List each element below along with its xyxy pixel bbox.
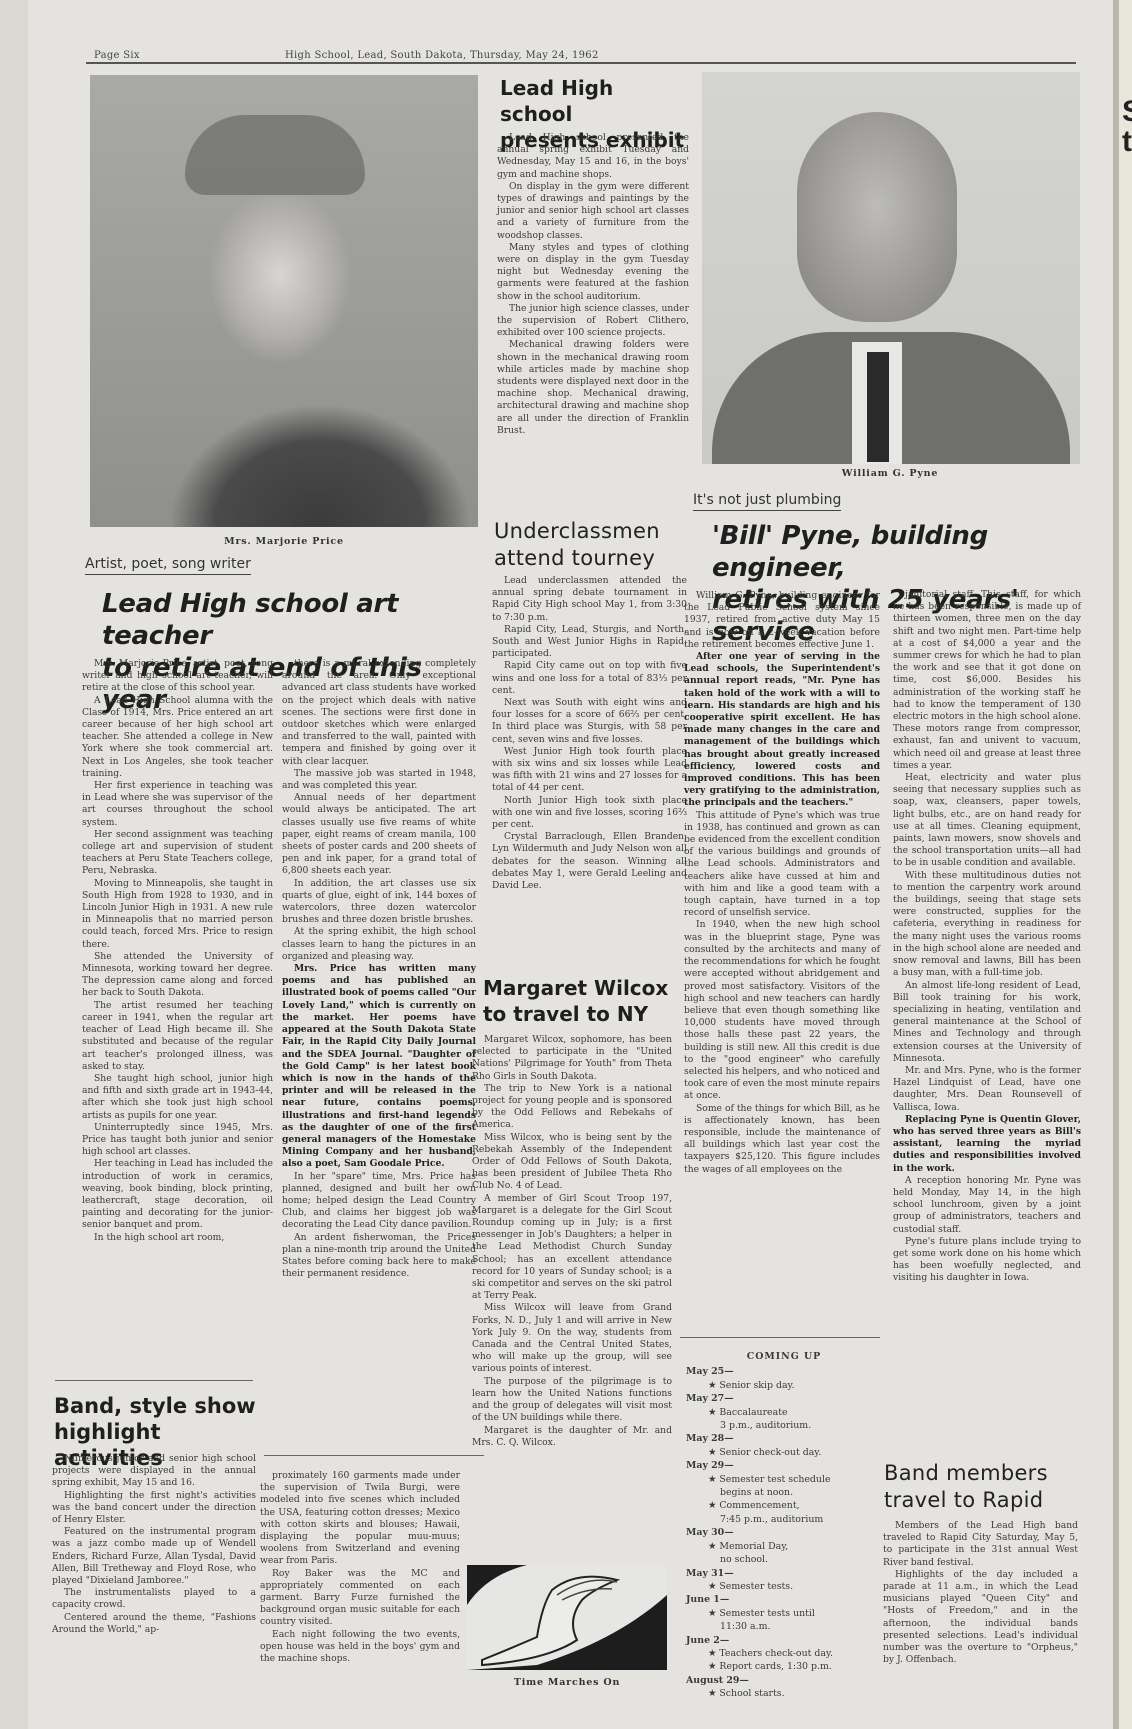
calendar-event: begins at noon. bbox=[686, 1486, 882, 1499]
calendar-date: August 29— bbox=[686, 1674, 882, 1687]
calendar-event: ★ School starts. bbox=[686, 1687, 882, 1700]
paragraph: Next was South with eight wins and four … bbox=[492, 697, 687, 746]
paragraph: The purpose of the pilgrimage is to lear… bbox=[472, 1376, 672, 1425]
divider bbox=[55, 1380, 253, 1381]
calendar-event: 3 p.m., auditorium. bbox=[686, 1419, 882, 1432]
paragraph: After one year of serving in the Lead sc… bbox=[684, 651, 880, 810]
paragraph: Pyne's future plans include trying to ge… bbox=[893, 1236, 1081, 1285]
paragraph: She attended the University of Minnesota… bbox=[82, 951, 273, 1000]
article-body-pyne-col1: William G. Pyne, building engineer for t… bbox=[684, 590, 880, 1176]
calendar-date: May 28— bbox=[686, 1432, 882, 1445]
paragraph: Mechanical drawing folders were shown in… bbox=[497, 339, 689, 437]
paragraph: With these multitudinous duties not to m… bbox=[893, 870, 1081, 980]
article-body-art-teacher-col1: Mrs. Marjorie Price, artist, poet, song … bbox=[82, 658, 273, 1244]
paragraph: The junior high science classes, under t… bbox=[497, 303, 689, 340]
winged-shoe-illustration bbox=[467, 1565, 667, 1670]
article-body-band-style-col1: Numerous junior and senior high school p… bbox=[52, 1453, 256, 1636]
headline-line: Margaret Wilcox bbox=[483, 975, 683, 1001]
divider bbox=[264, 1455, 484, 1456]
page-label: Page Six bbox=[94, 50, 140, 61]
headline-line: Band, style show bbox=[54, 1393, 264, 1419]
paragraph: Centered around the theme, "Fashions Aro… bbox=[52, 1612, 256, 1636]
paragraph: The artist resumed her teaching career i… bbox=[82, 1000, 273, 1073]
calendar-event: ★ Semester test schedule bbox=[686, 1473, 882, 1486]
coming-up-title: COMING UP bbox=[686, 1350, 882, 1363]
paragraph: Margaret Wilcox, sophomore, has been sel… bbox=[472, 1034, 672, 1083]
paragraph: A Lead High School alumna with the Class… bbox=[82, 695, 273, 780]
paragraph: Highlighting the first night's activitie… bbox=[52, 1490, 256, 1527]
portrait-photo-william-pyne bbox=[702, 72, 1080, 464]
paragraph: Her first experience in teaching was in … bbox=[82, 780, 273, 829]
article-body-pyne-col2: janitorial staff. This staff, for which … bbox=[893, 589, 1081, 1285]
caption-marjorie-price: Mrs. Marjorie Price bbox=[90, 536, 478, 547]
article-body-wilcox: Margaret Wilcox, sophomore, has been sel… bbox=[472, 1034, 672, 1449]
calendar-event: ★ Senior check-out day. bbox=[686, 1446, 882, 1459]
paragraph: The massive job was started in 1948, and… bbox=[282, 768, 476, 792]
paragraph: William G. Pyne, building engineer for t… bbox=[684, 590, 880, 651]
paragraph: Moving to Minneapolis, she taught in Sou… bbox=[82, 878, 273, 951]
paragraph: Margaret is the daughter of Mr. and Mrs.… bbox=[472, 1425, 672, 1449]
paragraph: Her second assignment was teaching colle… bbox=[82, 829, 273, 878]
calendar-event: ★ Report cards, 1:30 p.m. bbox=[686, 1660, 882, 1673]
paragraph: Annual needs of her department would alw… bbox=[282, 792, 476, 877]
paragraph: Roy Baker was the MC and appropriately c… bbox=[260, 1568, 460, 1629]
paragraph: Each night following the two events, ope… bbox=[260, 1629, 460, 1666]
paragraph: The instrumentalists played to a capacit… bbox=[52, 1587, 256, 1611]
portrait-photo-marjorie-price bbox=[90, 75, 478, 527]
calendar-event: ★ Baccalaureate bbox=[686, 1406, 882, 1419]
paragraph: Mrs. Marjorie Price, artist, poet, song … bbox=[82, 658, 273, 695]
headline-line: 'Bill' Pyne, building engineer, bbox=[712, 520, 1072, 584]
headline-line: travel to Rapid bbox=[884, 1487, 1084, 1514]
caption-time-marches-on: Time Marches On bbox=[467, 1677, 667, 1688]
paragraph: Miss Wilcox will leave from Grand Forks,… bbox=[472, 1302, 672, 1375]
article-body-art-teacher-col2: there is a mural extending completely ar… bbox=[282, 658, 476, 1280]
paragraph: proximately 160 garments made under the … bbox=[260, 1470, 460, 1568]
calendar-event: no school. bbox=[686, 1553, 882, 1566]
headline-line: attend tourney bbox=[494, 545, 694, 572]
paragraph: there is a mural extending completely ar… bbox=[282, 658, 476, 768]
paragraph: Highlights of the day included a parade … bbox=[883, 1569, 1078, 1667]
calendar-date: May 30— bbox=[686, 1526, 882, 1539]
paragraph: Mrs. Price has written many poems and ha… bbox=[282, 963, 476, 1170]
calendar-date: May 25— bbox=[686, 1365, 882, 1378]
paragraph: In the high school art room, bbox=[82, 1232, 273, 1244]
calendar-event: ★ Semester tests until bbox=[686, 1607, 882, 1620]
paragraph: Lead High school presented the annual sp… bbox=[497, 132, 689, 181]
paragraph: North Junior High took sixth place with … bbox=[492, 795, 687, 832]
paragraph: In 1940, when the new high school was in… bbox=[684, 919, 880, 1102]
paragraph: janitorial staff. This staff, for which … bbox=[893, 589, 1081, 772]
article-body-exhibit: Lead High school presented the annual sp… bbox=[497, 132, 689, 437]
paragraph: Replacing Pyne is Quentin Glover, who ha… bbox=[893, 1114, 1081, 1175]
headline-line: Underclassmen bbox=[494, 518, 694, 545]
kicker-pyne: It's not just plumbing bbox=[693, 492, 841, 511]
headline-band-members: Band members travel to Rapid bbox=[884, 1460, 1084, 1514]
calendar-event: ★ Teachers check-out day. bbox=[686, 1647, 882, 1660]
headline-line: to travel to NY bbox=[483, 1001, 683, 1027]
paragraph: Lead underclassmen attended the annual s… bbox=[492, 575, 687, 624]
headline-wilcox: Margaret Wilcox to travel to NY bbox=[483, 975, 683, 1027]
calendar-event: 11:30 a.m. bbox=[686, 1620, 882, 1633]
calendar-date: May 31— bbox=[686, 1567, 882, 1580]
calendar-date: June 1— bbox=[686, 1593, 882, 1606]
winged-foot-icon bbox=[467, 1565, 667, 1670]
article-body-band-members: Members of the Lead High band traveled t… bbox=[883, 1520, 1078, 1666]
calendar-date: May 27— bbox=[686, 1392, 882, 1405]
headline-line: Band members bbox=[884, 1460, 1084, 1487]
paragraph: Some of the things for which Bill, as he… bbox=[684, 1103, 880, 1176]
calendar-event: ★ Semester tests. bbox=[686, 1580, 882, 1593]
coming-up-calendar: COMING UP May 25—★ Senior skip day.May 2… bbox=[686, 1350, 882, 1701]
paragraph: At the spring exhibit, the high school c… bbox=[282, 926, 476, 963]
paragraph: Uninterruptedly since 1945, Mrs. Price h… bbox=[82, 1122, 273, 1159]
paragraph: Heat, electricity and water plus seeing … bbox=[893, 772, 1081, 870]
paragraph: Rapid City, Lead, Sturgis, and North, So… bbox=[492, 624, 687, 661]
paragraph: An ardent fisherwoman, the Prices plan a… bbox=[282, 1232, 476, 1281]
paragraph: A member of Girl Scout Troop 197, Margar… bbox=[472, 1193, 672, 1303]
calendar-date: June 2— bbox=[686, 1634, 882, 1647]
paragraph: Her teaching in Lead has included the in… bbox=[82, 1158, 273, 1231]
paragraph: An almost life-long resident of Lead, Bi… bbox=[893, 980, 1081, 1065]
paragraph: In addition, the art classes use six qua… bbox=[282, 878, 476, 927]
paragraph: West Junior High took fourth place with … bbox=[492, 746, 687, 795]
paragraph: Many styles and types of clothing were o… bbox=[497, 242, 689, 303]
paragraph: Members of the Lead High band traveled t… bbox=[883, 1520, 1078, 1569]
paragraph: Crystal Barraclough, Ellen Branden, Lyn … bbox=[492, 831, 687, 892]
paragraph: Rapid City came out on top with five win… bbox=[492, 660, 687, 697]
headline-underclassmen-tourney: Underclassmen attend tourney bbox=[494, 518, 694, 572]
calendar-date: May 29— bbox=[686, 1459, 882, 1472]
paragraph: Featured on the instrumental program was… bbox=[52, 1526, 256, 1587]
masthead-rule bbox=[86, 62, 1076, 64]
calendar-event: ★ Commencement, bbox=[686, 1499, 882, 1512]
kicker-art-teacher: Artist, poet, song writer bbox=[85, 556, 251, 575]
calendar-event: ★ Memorial Day, bbox=[686, 1540, 882, 1553]
paragraph: A reception honoring Mr. Pyne was held M… bbox=[893, 1175, 1081, 1236]
headline-line: Lead High school art teacher bbox=[102, 588, 482, 652]
paragraph: She taught high school, junior high and … bbox=[82, 1073, 273, 1122]
paragraph: The trip to New York is a national proje… bbox=[472, 1083, 672, 1132]
paragraph: In her "spare" time, Mrs. Price has plan… bbox=[282, 1171, 476, 1232]
dateline: High School, Lead, South Dakota, Thursda… bbox=[285, 50, 599, 61]
paragraph: On display in the gym were different typ… bbox=[497, 181, 689, 242]
calendar-event: 7:45 p.m., auditorium bbox=[686, 1513, 882, 1526]
divider bbox=[680, 1337, 880, 1338]
paragraph: Numerous junior and senior high school p… bbox=[52, 1453, 256, 1490]
headline-line: Lead High school bbox=[500, 75, 690, 127]
article-body-band-style-col2: proximately 160 garments made under the … bbox=[260, 1470, 460, 1665]
adjacent-page-edge: S t bbox=[1119, 0, 1132, 1729]
caption-william-pyne: William G. Pyne bbox=[780, 468, 1000, 479]
paragraph: This attitude of Pyne's which was true i… bbox=[684, 810, 880, 920]
calendar-event: ★ Senior skip day. bbox=[686, 1379, 882, 1392]
paragraph: Mr. and Mrs. Pyne, who is the former Haz… bbox=[893, 1065, 1081, 1114]
article-body-debate: Lead underclassmen attended the annual s… bbox=[492, 575, 687, 892]
paragraph: Miss Wilcox, who is being sent by the Re… bbox=[472, 1132, 672, 1193]
